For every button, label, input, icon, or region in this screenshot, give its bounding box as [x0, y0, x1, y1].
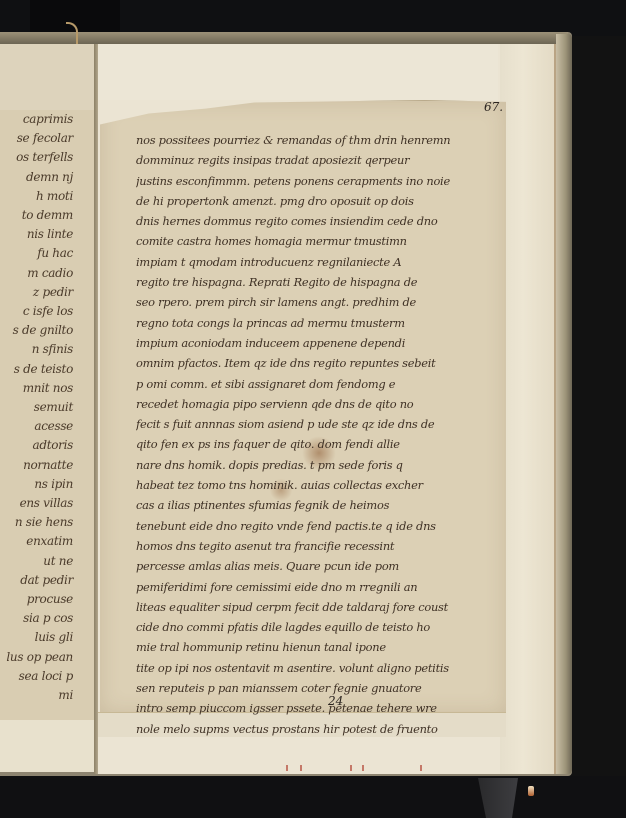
right-page-outer-margin	[500, 44, 558, 774]
manuscript-line: impium aconiodam induceem appenene depen…	[136, 333, 506, 353]
left-page-line: mi	[0, 686, 95, 705]
manuscript-line: impiam t qmodam introducuenz regnilaniec…	[136, 252, 506, 272]
manuscript-line: pemiferidimi fore cemissimi eide dno m r…	[136, 577, 506, 597]
manuscript-line: tenebunt eide dno regito vnde fend pacti…	[136, 516, 506, 536]
manuscript-line: fecit s fuit annnas siom asiend p ude st…	[136, 414, 506, 434]
manuscript-line: sen reputeis p pan mianssem coter fegnie…	[136, 678, 506, 698]
left-page-line: semuit	[0, 398, 95, 417]
manuscript-line: nole melo supms vectus prostans hir pote…	[136, 719, 506, 739]
background-bottom	[0, 776, 626, 818]
red-edge-speckle	[286, 765, 288, 771]
left-page-line: ut ne	[0, 552, 95, 571]
left-page-line: mnit nos	[0, 379, 95, 398]
left-page-line: m cadio	[0, 264, 95, 283]
manuscript-line: nare dns homik. dopis predias. t pm sede…	[136, 455, 506, 475]
left-page-line: z pedir	[0, 283, 95, 302]
left-page-line: n sie hens	[0, 513, 95, 532]
right-page-top-margin	[98, 44, 498, 100]
red-edge-speckle	[300, 765, 302, 771]
manuscript-line: domminuz regits insipas tradat aposiezit…	[136, 150, 506, 170]
manuscript-line: nos possitees pourriez & remandas of thm…	[136, 130, 506, 150]
book-fore-edge	[556, 34, 572, 774]
bookmark-thread	[66, 22, 78, 46]
left-page-line: s de teisto	[0, 360, 95, 379]
left-page-line: h moti	[0, 187, 95, 206]
manuscript-text-block: nos possitees pourriez & remandas of thm…	[136, 130, 506, 739]
left-page-lines: caprimisse fecolaros terfellsdemn njh mo…	[0, 110, 95, 705]
manuscript-line: tite op ipi nos ostentavit m asentire. v…	[136, 658, 506, 678]
manuscript-line: cide dno commi pfatis dile lagdes equill…	[136, 617, 506, 637]
left-page-line: to demm	[0, 206, 95, 225]
left-page-line: se fecolar	[0, 129, 95, 148]
manuscript-line: regito tre hispagna. Reprati Regito de h…	[136, 272, 506, 292]
manuscript-line: seo rpero. prem pirch sir lamens angt. p…	[136, 292, 506, 312]
manuscript-line: justins esconfimmm. petens ponens cerapm…	[136, 171, 506, 191]
left-page-line: luis gli	[0, 628, 95, 647]
left-page-line: adtoris	[0, 436, 95, 455]
manuscript-line: regno tota congs la princas ad mermu tmu…	[136, 313, 506, 333]
left-page-line: ens villas	[0, 494, 95, 513]
left-page-line: c isfe los	[0, 302, 95, 321]
left-page-line: demn nj	[0, 168, 95, 187]
left-page-line: dat pedir	[0, 571, 95, 590]
left-page-line: nis linte	[0, 225, 95, 244]
red-edge-speckle	[350, 765, 352, 771]
manuscript-line: cas a ilias ptinentes sfumias fegnik de …	[136, 495, 506, 515]
manuscript-line: p omi comm. et sibi assignaret dom fendo…	[136, 374, 506, 394]
manuscript-line: habeat tez tomo tns hominik. auias colle…	[136, 475, 506, 495]
manuscript-line: liteas equaliter sipud cerpm fecit dde t…	[136, 597, 506, 617]
manuscript-line: mie tral hommunip retinu hienun tanal ip…	[136, 637, 506, 657]
red-edge-speckle	[362, 765, 364, 771]
left-page-line: sea loci p	[0, 667, 95, 686]
manuscript-line: dnis hernes dommus regito comes insiendi…	[136, 211, 506, 231]
left-page-line: n sfinis	[0, 340, 95, 359]
red-edge-speckle	[420, 765, 422, 771]
book-top-edge	[0, 32, 568, 44]
manuscript-line: recedet homagia pipo servienn qde dns de…	[136, 394, 506, 414]
manuscript-line: qito fen ex ps ins faquer de qito. dom f…	[136, 434, 506, 454]
left-page-line: acesse	[0, 417, 95, 436]
manuscript-line: intro semp piuccom igsser pssete. petena…	[136, 698, 506, 718]
left-page-line: lus op pean	[0, 648, 95, 667]
left-page-lower-margin	[0, 720, 95, 772]
manuscript-line: de hi propertonk amenzt. pmg dro oposuit…	[136, 191, 506, 211]
left-page-line: procuse	[0, 590, 95, 609]
left-page-line: os terfells	[0, 148, 95, 167]
manuscript-line: omnim pfactos. Item qz ide dns regito re…	[136, 353, 506, 373]
left-page-line: caprimis	[0, 110, 95, 129]
left-page-line: ns ipin	[0, 475, 95, 494]
manuscript-line: comite castra homes homagia mermur tmust…	[136, 231, 506, 251]
manuscript-lines: nos possitees pourriez & remandas of thm…	[136, 130, 506, 739]
left-page-line: sia p cos	[0, 609, 95, 628]
left-page-line: fu hac	[0, 244, 95, 263]
light-reflection	[528, 786, 534, 796]
manuscript-line: percesse amlas alias meis. Quare pcun id…	[136, 556, 506, 576]
bottom-page-number: 24	[328, 694, 343, 708]
manuscript-line: homos dns tegito asenut tra francifie re…	[136, 536, 506, 556]
left-page-line: enxatim	[0, 532, 95, 551]
folio-number: 67.	[484, 100, 503, 114]
left-page-text-fragment: caprimisse fecolaros terfellsdemn njh mo…	[0, 110, 95, 720]
left-page-line: s de gnilto	[0, 321, 95, 340]
left-page-line: nornatte	[0, 456, 95, 475]
